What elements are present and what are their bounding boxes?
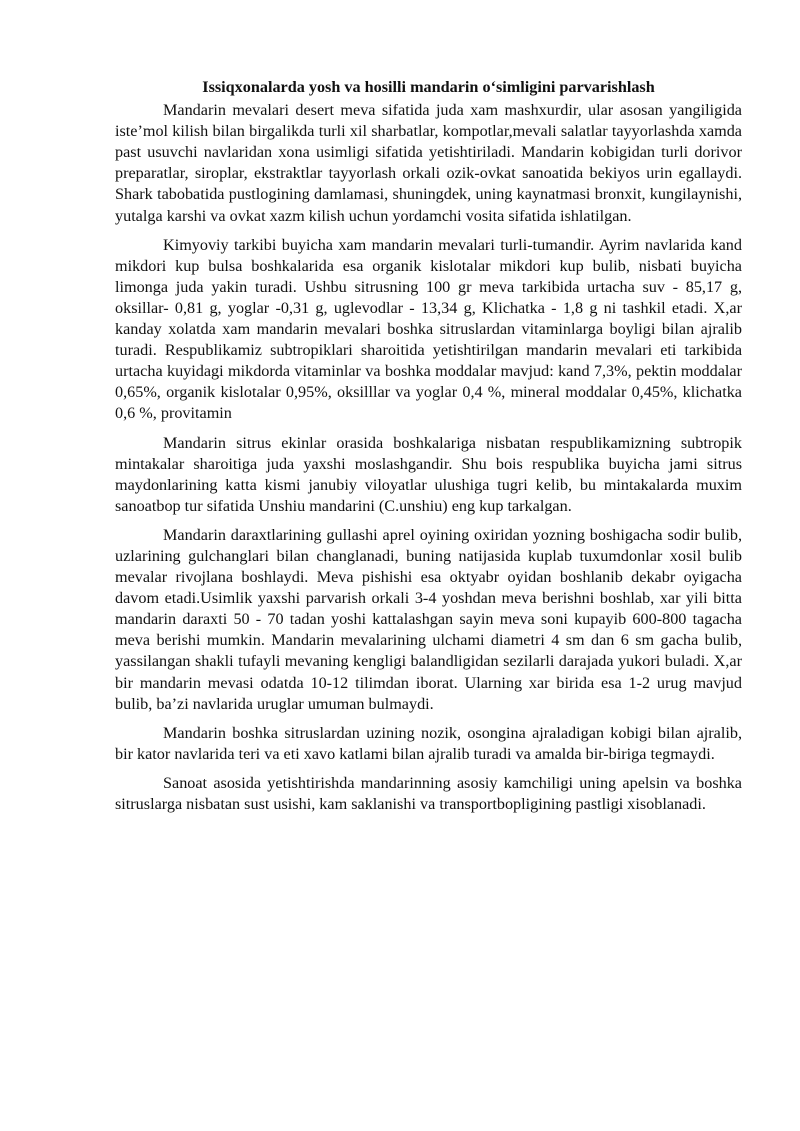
paragraph-intro: Mandarin mevalari desert meva sifatida j… [115, 100, 742, 227]
paragraph-peel: Mandarin boshka sitruslardan uzining noz… [115, 723, 742, 765]
paragraph-adaptation: Mandarin sitrus ekinlar orasida boshkala… [115, 433, 742, 517]
document-page: Issiqxonalarda yosh va hosilli mandarin … [115, 77, 742, 823]
paragraph-disadvantages: Sanoat asosida yetishtirishda mandarinni… [115, 773, 742, 815]
paragraph-flowering-fruiting: Mandarin daraxtlarining gullashi aprel o… [115, 525, 742, 715]
paragraph-chemical-composition: Kimyoviy tarkibi buyicha xam mandarin me… [115, 235, 742, 425]
document-title: Issiqxonalarda yosh va hosilli mandarin … [115, 77, 742, 98]
